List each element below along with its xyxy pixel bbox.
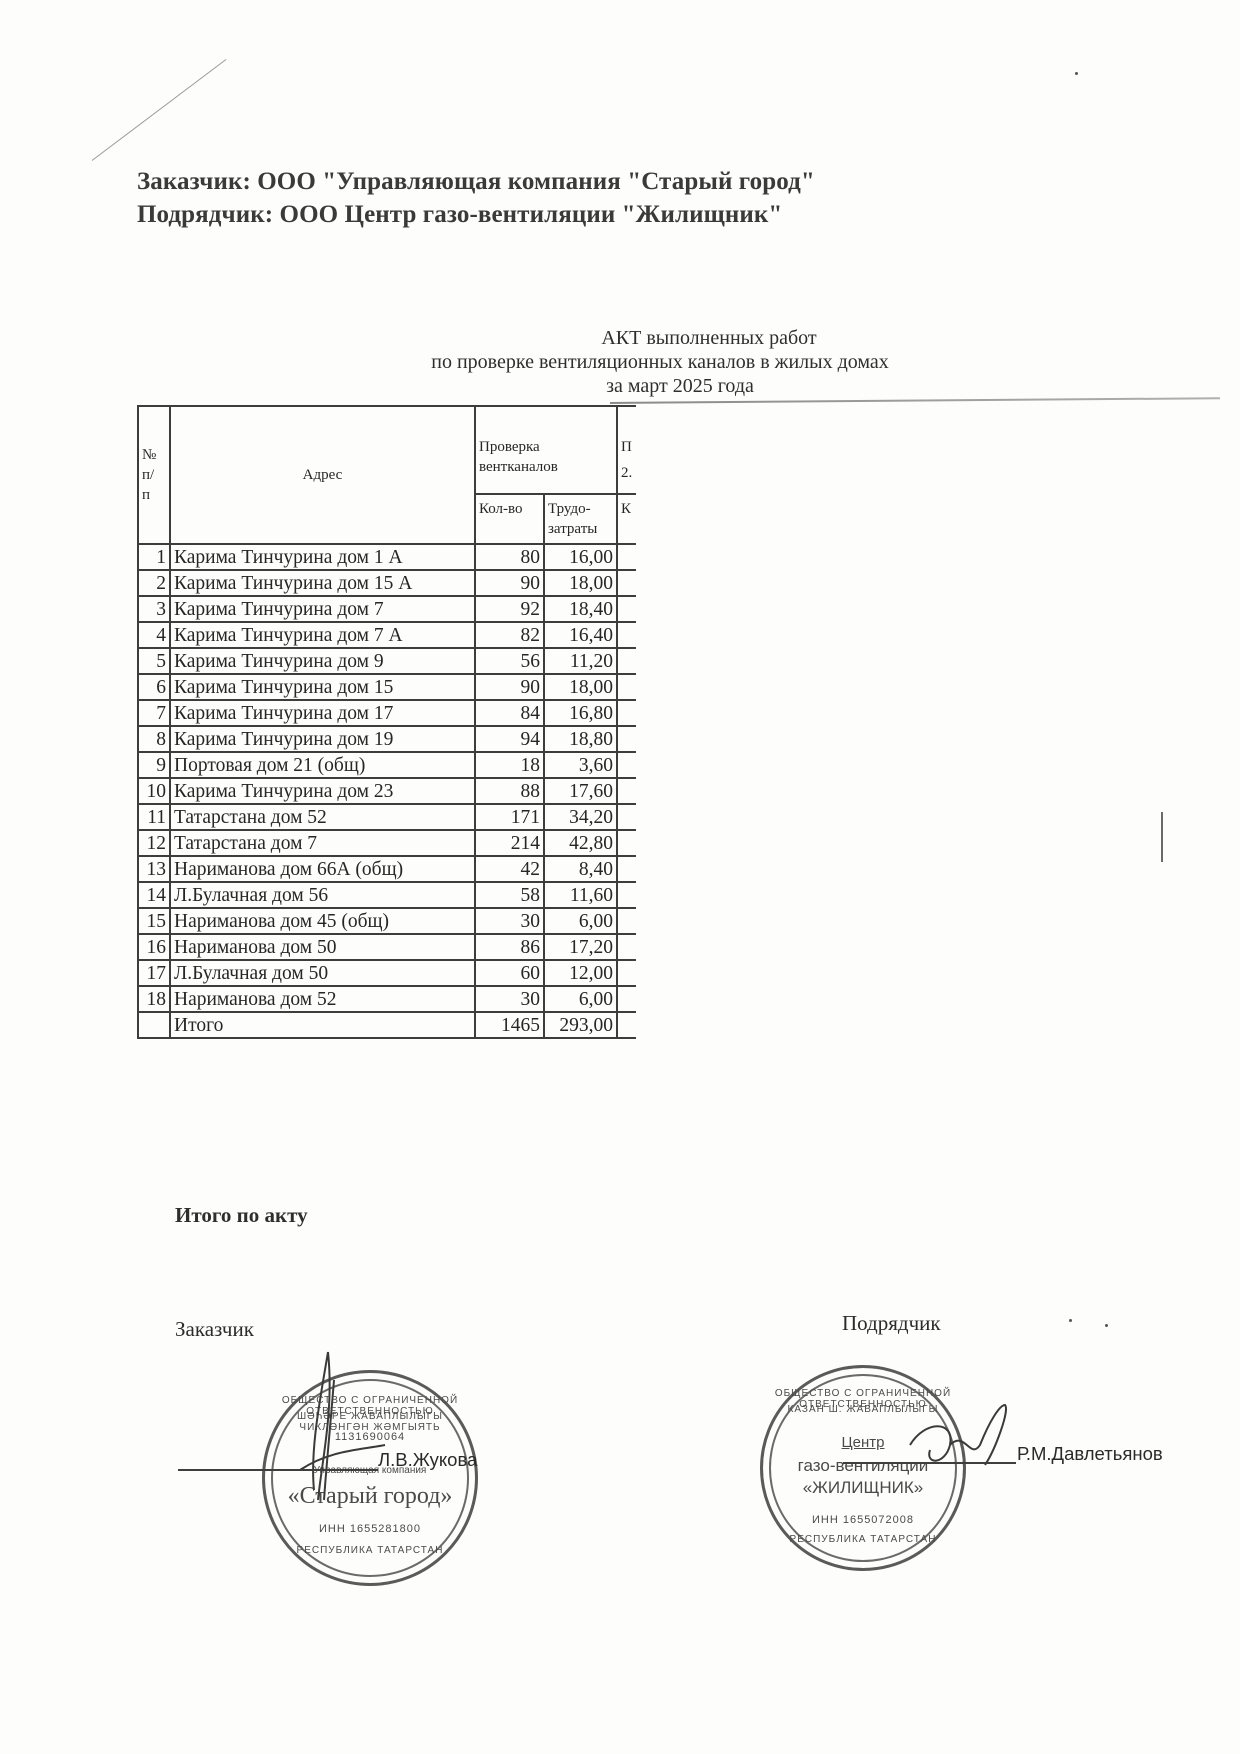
- table-row: 5Карима Тинчурина дом 95611,20: [138, 648, 636, 674]
- row-number-cell: 12: [138, 830, 170, 856]
- header-quantity: Кол-во: [475, 494, 544, 544]
- row-qty-cell: 82: [475, 622, 544, 648]
- cut-cell: [617, 544, 636, 570]
- contractor-signer-name: Р.М.Давлетьянов: [1017, 1443, 1163, 1465]
- header-address: Адрес: [170, 406, 475, 544]
- customer-signature-line: [178, 1469, 378, 1471]
- table-row: 2Карима Тинчурина дом 15 А9018,00: [138, 570, 636, 596]
- row-address-cell: Карима Тинчурина дом 23: [170, 778, 475, 804]
- cut-cell: [617, 882, 636, 908]
- row-number-cell: 8: [138, 726, 170, 752]
- customer-header: Заказчик: ООО "Управляющая компания "Ста…: [137, 168, 815, 196]
- row-qty-cell: 84: [475, 700, 544, 726]
- row-address-cell: Карима Тинчурина дом 9: [170, 648, 475, 674]
- customer-signer-name: Л.В.Жукова: [378, 1449, 477, 1471]
- row-qty-cell: 90: [475, 674, 544, 700]
- row-qty-cell: 86: [475, 934, 544, 960]
- row-number-cell: 3: [138, 596, 170, 622]
- row-number-cell: 9: [138, 752, 170, 778]
- document-title: АКТ выполненных работ: [429, 327, 989, 350]
- table-row: 18Нариманова дом 52306,00: [138, 986, 636, 1012]
- total-row: Итого 1465 293,00: [138, 1012, 636, 1038]
- cut-cell: [617, 830, 636, 856]
- header-number-line: №: [142, 445, 166, 465]
- row-qty-cell: 60: [475, 960, 544, 986]
- row-number-cell: 11: [138, 804, 170, 830]
- row-number-cell: 10: [138, 778, 170, 804]
- row-address-cell: Нариманова дом 50: [170, 934, 475, 960]
- row-labor-cell: 16,40: [544, 622, 617, 648]
- contractor-role-label: Подрядчик: [842, 1311, 941, 1336]
- row-labor-cell: 16,80: [544, 700, 617, 726]
- total-label-cell: Итого: [170, 1012, 475, 1038]
- row-address-cell: Портовая дом 21 (общ): [170, 752, 475, 778]
- row-address-cell: Карима Тинчурина дом 7: [170, 596, 475, 622]
- row-qty-cell: 92: [475, 596, 544, 622]
- contractor-header: Подрядчик: ООО Центр газо-вентиляции "Жи…: [137, 201, 782, 229]
- row-qty-cell: 30: [475, 986, 544, 1012]
- row-address-cell: Карима Тинчурина дом 15 А: [170, 570, 475, 596]
- row-number-cell: 15: [138, 908, 170, 934]
- table-row: 9Портовая дом 21 (общ)183,60: [138, 752, 636, 778]
- cut-cell: [617, 570, 636, 596]
- row-address-cell: Л.Булачная дом 50: [170, 960, 475, 986]
- stamp-ring-text: РЕСПУБЛИКА ТАТАРСТАН: [265, 1545, 475, 1556]
- act-total-label: Итого по акту: [175, 1203, 308, 1228]
- stamp-ring-text: РЕСПУБЛИКА ТАТАРСТАН: [763, 1534, 963, 1545]
- cut-cell: [617, 700, 636, 726]
- table-row: 12Татарстана дом 721442,80: [138, 830, 636, 856]
- row-number-cell: 1: [138, 544, 170, 570]
- total-qty-cell: 1465: [475, 1012, 544, 1038]
- row-labor-cell: 18,00: [544, 570, 617, 596]
- header-number-line: п: [142, 485, 166, 505]
- table-row: 15Нариманова дом 45 (общ)306,00: [138, 908, 636, 934]
- row-address-cell: Карима Тинчурина дом 7 А: [170, 622, 475, 648]
- row-address-cell: Л.Булачная дом 56: [170, 882, 475, 908]
- row-qty-cell: 94: [475, 726, 544, 752]
- row-number-cell: 13: [138, 856, 170, 882]
- works-table: № п/ п Адрес Проверка вентканалов П 2. К…: [137, 405, 636, 1039]
- row-qty-cell: 214: [475, 830, 544, 856]
- row-number-cell: 6: [138, 674, 170, 700]
- row-qty-cell: 90: [475, 570, 544, 596]
- row-labor-cell: 18,00: [544, 674, 617, 700]
- row-labor-cell: 11,20: [544, 648, 617, 674]
- row-labor-cell: 16,00: [544, 544, 617, 570]
- row-number-cell: 17: [138, 960, 170, 986]
- table-row: 6Карима Тинчурина дом 159018,00: [138, 674, 636, 700]
- row-qty-cell: 171: [475, 804, 544, 830]
- cut-cell: [617, 934, 636, 960]
- stamp-inn: ИНН 1655072008: [763, 1514, 963, 1526]
- row-address-cell: Татарстана дом 52: [170, 804, 475, 830]
- cut-cell: [617, 1012, 636, 1038]
- row-labor-cell: 6,00: [544, 908, 617, 934]
- stamp-line: «ЖИЛИЩНИК»: [763, 1478, 963, 1498]
- cut-cell: [617, 960, 636, 986]
- header-labor: Трудо- затраты: [544, 494, 617, 544]
- header-cut-line: 2.: [621, 463, 633, 483]
- row-labor-cell: 12,00: [544, 960, 617, 986]
- cut-cell: [617, 986, 636, 1012]
- scan-speck: [1105, 1324, 1108, 1327]
- row-labor-cell: 6,00: [544, 986, 617, 1012]
- total-number-cell: [138, 1012, 170, 1038]
- row-number-cell: 4: [138, 622, 170, 648]
- scan-edge-line: [610, 397, 1220, 404]
- row-qty-cell: 30: [475, 908, 544, 934]
- row-address-cell: Карима Тинчурина дом 17: [170, 700, 475, 726]
- header-labor-line: Трудо-: [548, 499, 613, 519]
- contractor-signature: [905, 1400, 1015, 1480]
- header-number-line: п/: [142, 465, 166, 485]
- header-group-line: вентканалов: [479, 457, 613, 477]
- cut-cell: [617, 622, 636, 648]
- header-cut-line: П: [621, 437, 633, 457]
- row-labor-cell: 17,60: [544, 778, 617, 804]
- cut-cell: [617, 648, 636, 674]
- cut-cell: [617, 752, 636, 778]
- row-address-cell: Нариманова дом 52: [170, 986, 475, 1012]
- scan-speck: [1075, 72, 1078, 75]
- scan-speck: [1069, 1319, 1072, 1322]
- cut-cell: [617, 908, 636, 934]
- document-period: за март 2025 года: [400, 375, 960, 398]
- row-labor-cell: 42,80: [544, 830, 617, 856]
- stamp-inn: ИНН 1655281800: [265, 1523, 475, 1535]
- table-row: 17Л.Булачная дом 506012,00: [138, 960, 636, 986]
- table-row: 13Нариманова дом 66А (общ)428,40: [138, 856, 636, 882]
- row-qty-cell: 42: [475, 856, 544, 882]
- table-row: 10Карима Тинчурина дом 238817,60: [138, 778, 636, 804]
- row-number-cell: 16: [138, 934, 170, 960]
- customer-signature: [300, 1350, 390, 1510]
- header-cut-sub: К: [617, 494, 636, 544]
- row-address-cell: Карима Тинчурина дом 19: [170, 726, 475, 752]
- table-row: 1Карима Тинчурина дом 1 А8016,00: [138, 544, 636, 570]
- row-labor-cell: 18,80: [544, 726, 617, 752]
- cut-cell: [617, 596, 636, 622]
- row-qty-cell: 18: [475, 752, 544, 778]
- row-number-cell: 7: [138, 700, 170, 726]
- pencil-mark: [92, 59, 227, 161]
- row-address-cell: Карима Тинчурина дом 1 А: [170, 544, 475, 570]
- cut-cell: [617, 674, 636, 700]
- table-row: 4Карима Тинчурина дом 7 А8216,40: [138, 622, 636, 648]
- cut-cell: [617, 778, 636, 804]
- cut-cell: [617, 726, 636, 752]
- header-vent-check: Проверка вентканалов: [475, 406, 617, 494]
- row-labor-cell: 11,60: [544, 882, 617, 908]
- row-labor-cell: 17,20: [544, 934, 617, 960]
- header-number: № п/ п: [138, 406, 170, 544]
- table-row: 14Л.Булачная дом 565811,60: [138, 882, 636, 908]
- row-labor-cell: 3,60: [544, 752, 617, 778]
- header-cut-group: П 2.: [617, 406, 636, 494]
- total-labor-cell: 293,00: [544, 1012, 617, 1038]
- row-labor-cell: 8,40: [544, 856, 617, 882]
- table-row: 11Татарстана дом 5217134,20: [138, 804, 636, 830]
- cut-cell: [617, 856, 636, 882]
- table-row: 3Карима Тинчурина дом 79218,40: [138, 596, 636, 622]
- row-address-cell: Татарстана дом 7: [170, 830, 475, 856]
- header-group-line: Проверка: [479, 437, 613, 457]
- table-row: 8Карима Тинчурина дом 199418,80: [138, 726, 636, 752]
- customer-role-label: Заказчик: [175, 1317, 254, 1342]
- row-number-cell: 2: [138, 570, 170, 596]
- document-subtitle: по проверке вентиляционных каналов в жил…: [380, 351, 940, 374]
- contractor-signature-line: [843, 1462, 1016, 1464]
- row-number-cell: 18: [138, 986, 170, 1012]
- row-labor-cell: 18,40: [544, 596, 617, 622]
- row-qty-cell: 88: [475, 778, 544, 804]
- scan-mark: [1161, 812, 1163, 862]
- row-number-cell: 14: [138, 882, 170, 908]
- row-qty-cell: 56: [475, 648, 544, 674]
- row-address-cell: Нариманова дом 66А (общ): [170, 856, 475, 882]
- row-address-cell: Нариманова дом 45 (общ): [170, 908, 475, 934]
- cut-cell: [617, 804, 636, 830]
- row-qty-cell: 80: [475, 544, 544, 570]
- table-row: 7Карима Тинчурина дом 178416,80: [138, 700, 636, 726]
- row-qty-cell: 58: [475, 882, 544, 908]
- row-number-cell: 5: [138, 648, 170, 674]
- header-labor-line: затраты: [548, 519, 613, 539]
- row-address-cell: Карима Тинчурина дом 15: [170, 674, 475, 700]
- row-labor-cell: 34,20: [544, 804, 617, 830]
- table-row: 16Нариманова дом 508617,20: [138, 934, 636, 960]
